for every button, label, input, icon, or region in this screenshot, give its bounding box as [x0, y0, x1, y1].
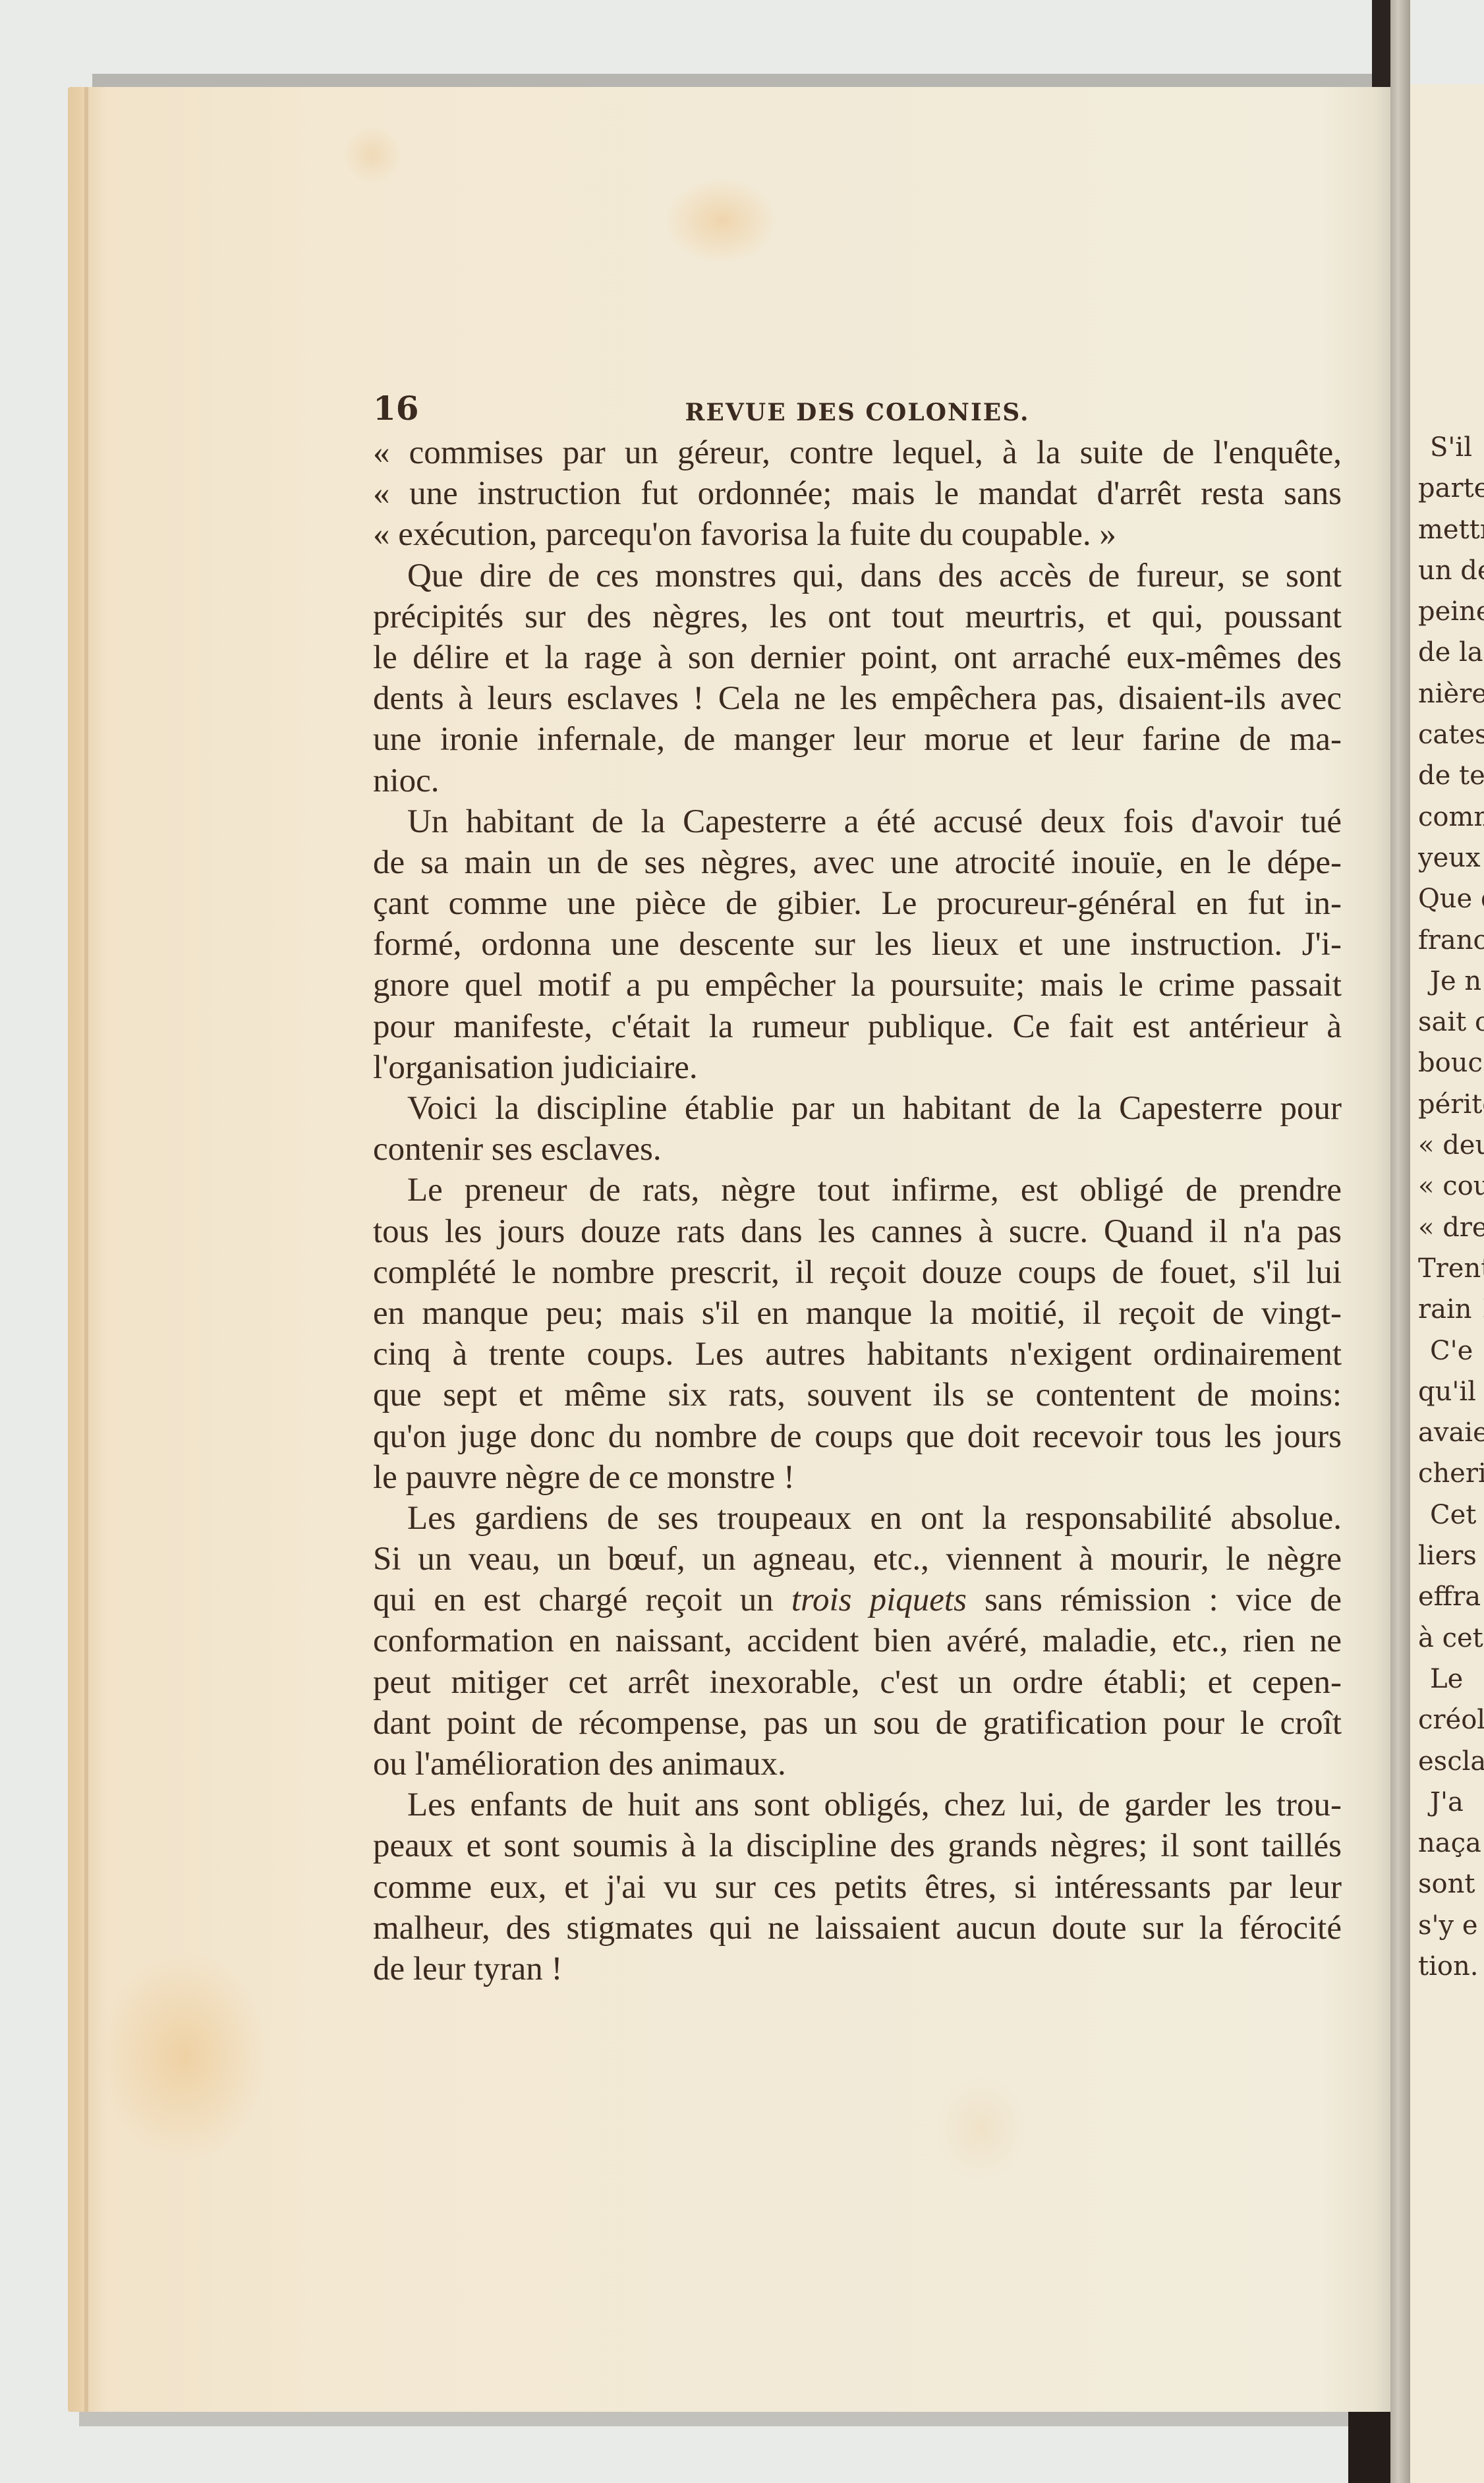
text-line: Voici la discipline établie par un habit… — [373, 1088, 1342, 1129]
paragraph: Un habitant de la Capesterre a été accus… — [373, 801, 1342, 1088]
next-page-line-fragment: yeux — [1418, 838, 1484, 878]
next-page-line-fragment: S'il — [1418, 427, 1484, 468]
paragraph: Que dire de ces monstres qui, dans des a… — [373, 556, 1342, 801]
next-page-line-fragment: peine — [1418, 591, 1484, 632]
next-page-line-fragment: effra — [1418, 1576, 1484, 1617]
text-line: qu'on juge donc du nombre de coups que d… — [373, 1416, 1342, 1457]
text-line: l'organisation judiciaire. — [373, 1047, 1342, 1088]
next-page-line-fragment: nière — [1418, 673, 1484, 714]
page-text-block: 16 REVUE DES COLONIES. « commises par un… — [373, 385, 1342, 1989]
next-page-line-fragment: créol — [1418, 1699, 1484, 1740]
body-text: « commises par un géreur, contre lequel,… — [373, 432, 1342, 1989]
next-page-line-fragment: Que d — [1418, 878, 1484, 919]
text-line: tous les jours douze rats dans les canne… — [373, 1211, 1342, 1252]
text-line: Si un veau, un bœuf, un agneau, etc., vi… — [373, 1539, 1342, 1580]
text-line: le délire et la rage à son dernier point… — [373, 637, 1342, 678]
text-line: comme eux, et j'ai vu sur ces petits êtr… — [373, 1867, 1342, 1908]
next-page-line-fragment: « dre — [1418, 1207, 1484, 1248]
next-page-line-fragment: C'e — [1418, 1330, 1484, 1371]
text-line: Que dire de ces monstres qui, dans des a… — [373, 556, 1342, 596]
italic-term: trois piquets — [791, 1582, 967, 1618]
next-page-line-fragment: périte — [1418, 1084, 1484, 1125]
next-page-line-fragment: bouc — [1418, 1042, 1484, 1083]
text-line: précipités sur des nègres, les ont tout … — [373, 596, 1342, 637]
text-line: « exécution, parcequ'on favorisa la fuit… — [373, 514, 1342, 555]
text-line: Un habitant de la Capesterre a été accus… — [373, 801, 1342, 842]
page-edge — [84, 87, 88, 2412]
running-head: 16 REVUE DES COLONIES. — [373, 385, 1342, 432]
text-line: « commises par un géreur, contre lequel,… — [373, 432, 1342, 473]
next-page-line-fragment: sait ch — [1418, 1002, 1484, 1042]
text-line: malheur, des stigmates qui ne laissaient… — [373, 1908, 1342, 1949]
text-line: dents à leurs esclaves ! Cela ne les emp… — [373, 678, 1342, 719]
text-line: de sa main un de ses nègres, avec une at… — [373, 842, 1342, 883]
next-page-line-fragment: J'a — [1418, 1782, 1484, 1823]
next-page-line-fragment: un de — [1418, 550, 1484, 591]
journal-title: REVUE DES COLONIES. — [373, 389, 1342, 436]
foxing-stain — [936, 2076, 1028, 2181]
paragraph: Les enfants de huit ans sont obligés, ch… — [373, 1784, 1342, 1989]
text-line: Le preneur de rats, nègre tout infirme, … — [373, 1170, 1342, 1211]
next-page-text-fragments: S'ilpartemettreun depeinede lanièrecates… — [1418, 427, 1484, 1987]
next-page-line-fragment: de la — [1418, 632, 1484, 673]
next-page-line-fragment: tion. — [1418, 1946, 1484, 1987]
text-line: conformation en naissant, accident bien … — [373, 1620, 1342, 1661]
text-line-with-italic: qui en est chargé reçoit un trois piquet… — [373, 1580, 1342, 1620]
text-run: qui en est chargé reçoit un — [373, 1582, 791, 1618]
text-line: pour manifeste, c'était la rumeur publiq… — [373, 1006, 1342, 1047]
text-line: peut mitiger cet arrêt inexorable, c'est… — [373, 1662, 1342, 1703]
next-page-line-fragment: naça — [1418, 1823, 1484, 1864]
next-page-line-fragment: Trent — [1418, 1248, 1484, 1289]
next-page-line-fragment: escla — [1418, 1741, 1484, 1782]
text-line: de leur tyran ! — [373, 1949, 1342, 1989]
next-page-line-fragment: de tes — [1418, 755, 1484, 796]
next-page-line-fragment: sont — [1418, 1864, 1484, 1904]
text-line: « une instruction fut ordonnée; mais le … — [373, 473, 1342, 514]
text-run: sans rémission : vice de — [967, 1582, 1342, 1618]
next-page-line-fragment: Le — [1418, 1659, 1484, 1699]
paragraph: Le preneur de rats, nègre tout infirme, … — [373, 1170, 1342, 1498]
next-page-line-fragment: mettre — [1418, 509, 1484, 550]
next-page-line-fragment: franch — [1418, 920, 1484, 961]
text-line: complété le nombre prescrit, il reçoit d… — [373, 1252, 1342, 1293]
next-page-line-fragment: parte — [1418, 468, 1484, 509]
next-page-line-fragment: Cet — [1418, 1495, 1484, 1535]
text-line: Les gardiens de ses troupeaux en ont la … — [373, 1498, 1342, 1539]
next-page-line-fragment: rain ! — [1418, 1289, 1484, 1330]
next-page-line-fragment: liers — [1418, 1535, 1484, 1576]
next-page-line-fragment: « deu — [1418, 1125, 1484, 1166]
foxing-stain — [99, 1951, 270, 2161]
text-line: le pauvre nègre de ce monstre ! — [373, 1457, 1342, 1498]
text-line: cinq à trente coups. Les autres habitant… — [373, 1334, 1342, 1375]
page-top-shadow — [92, 74, 1410, 88]
text-line: contenir ses esclaves. — [373, 1129, 1342, 1170]
text-line: gnore quel motif a pu empêcher la poursu… — [373, 965, 1342, 1006]
text-line: çant comme une pièce de gibier. Le procu… — [373, 883, 1342, 924]
next-page-line-fragment: avaie — [1418, 1412, 1484, 1453]
book-gutter — [1390, 0, 1410, 2483]
next-page-line-fragment: qu'il — [1418, 1371, 1484, 1412]
binding-strip-top — [1372, 0, 1390, 87]
text-line: ou l'amélioration des animaux. — [373, 1744, 1342, 1784]
text-line: nioc. — [373, 760, 1342, 801]
next-page-line-fragment: s'y e — [1418, 1905, 1484, 1946]
next-page-line-fragment: Je n — [1418, 961, 1484, 1002]
text-line: peaux et sont soumis à la discipline des… — [373, 1825, 1342, 1866]
paragraph: « commises par un géreur, contre lequel,… — [373, 432, 1342, 556]
foxing-stain — [343, 125, 402, 185]
text-line: Les enfants de huit ans sont obligés, ch… — [373, 1784, 1342, 1825]
text-line: formé, ordonna une descente sur les lieu… — [373, 924, 1342, 965]
text-line: en manque peu; mais s'il en manque la mo… — [373, 1293, 1342, 1334]
foxing-stain — [666, 178, 778, 264]
next-page-line-fragment: cheri — [1418, 1453, 1484, 1494]
next-page-line-fragment: à cet — [1418, 1618, 1484, 1659]
next-page-line-fragment: comme — [1418, 797, 1484, 838]
text-line: une ironie infernale, de manger leur mor… — [373, 719, 1342, 760]
paragraph: Voici la discipline établie par un habit… — [373, 1088, 1342, 1170]
next-page-line-fragment: cates — [1418, 714, 1484, 755]
text-line: que sept et même six rats, souvent ils s… — [373, 1375, 1342, 1415]
text-line: dant point de récompense, pas un sou de … — [373, 1703, 1342, 1744]
page-bottom-shadow — [79, 2411, 1390, 2426]
paragraph: Les gardiens de ses troupeaux en ont la … — [373, 1498, 1342, 1784]
next-page-line-fragment: « cou — [1418, 1166, 1484, 1207]
